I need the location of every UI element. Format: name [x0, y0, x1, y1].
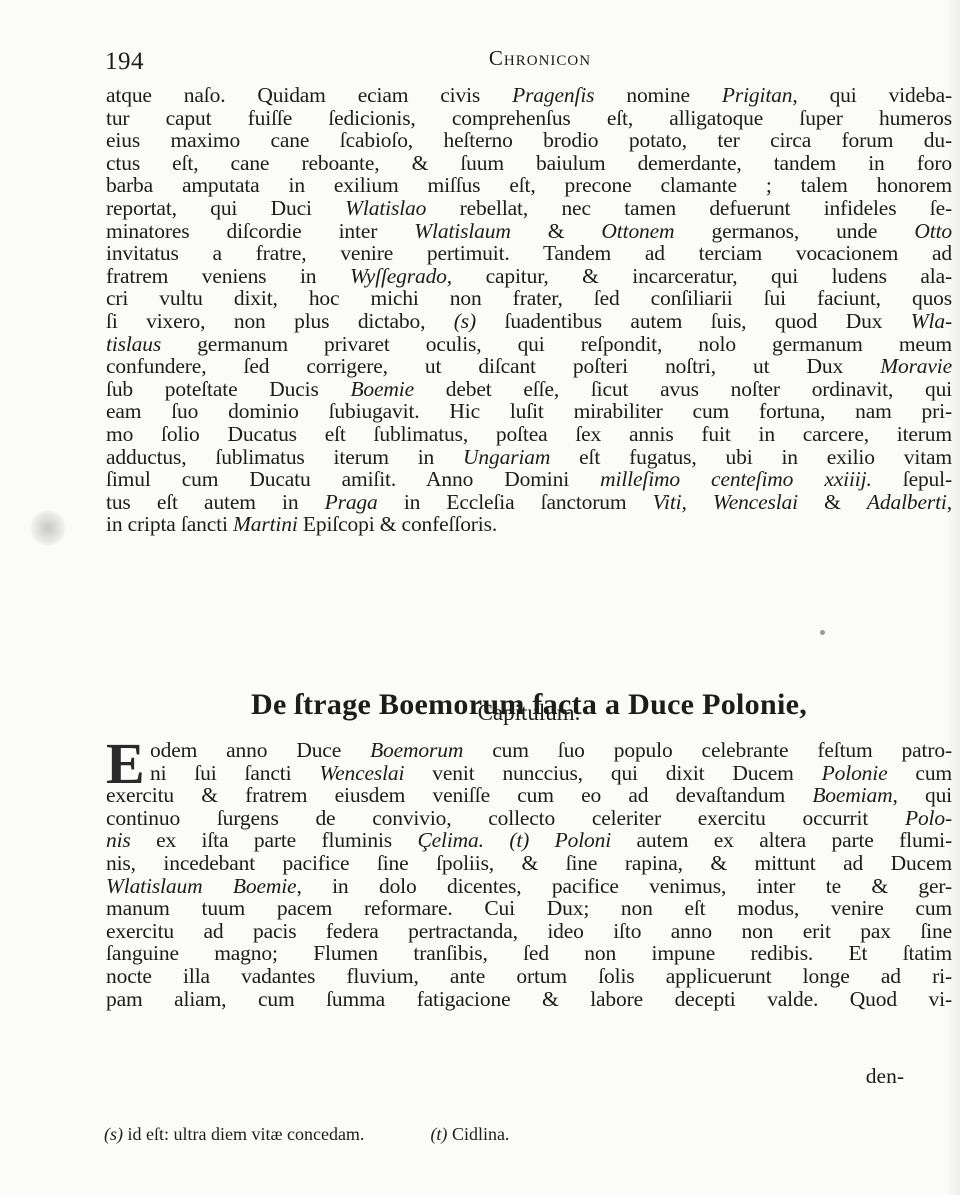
text-run: reportat, qui Duci [106, 196, 345, 220]
text-run: germanum privaret oculis, qui reſpondit,… [161, 332, 952, 356]
italic-text: Viti, Wenceslai [653, 490, 798, 514]
italic-text: Boemiam [812, 783, 892, 807]
text-line: nis ex iſta parte fluminis Çelima. (t) P… [106, 829, 952, 852]
italic-text: Praga [325, 490, 378, 514]
text-run [484, 828, 509, 852]
italic-text: Ottonem [601, 219, 674, 243]
text-run: germanos, unde [674, 219, 914, 243]
italic-text: Poloni [555, 828, 611, 852]
italic-text: Wlatislaum [414, 219, 510, 243]
text-run: debet eſſe, ſicut avus noſter ordinavit,… [414, 377, 952, 401]
text-line: eius maximo cane ſcabioſo, heſterno brod… [106, 129, 952, 152]
footnote-text: id eſt: ultra diem vitæ concedam. [123, 1124, 364, 1144]
italic-text: Adalberti, [867, 490, 952, 514]
italic-text: Wlatislaum Boemie [106, 874, 296, 898]
text-line: adductus, ſublimatus iterum in Ungariam … [106, 446, 952, 469]
body-text: atque naſo. Quidam eciam civis Pragenſis… [106, 84, 952, 536]
text-run: cri vultu dixit, hoc michi non frater, ſ… [106, 286, 952, 310]
text-line: in cripta ſancti Martini Epiſcopi & conf… [106, 513, 952, 536]
text-line: Wlatislaum Boemie, in dolo dicentes, pac… [106, 875, 952, 898]
text-run: mo ſolio Ducatus eſt ſublimatus, poſtea … [106, 422, 952, 446]
italic-text: Pragenſis [512, 83, 594, 107]
text-run: nocte illa vadantes fluvium, ante ortum … [106, 964, 952, 988]
italic-text: Çelima. [417, 828, 483, 852]
text-run: rebellat, nec tamen defuerunt infideles … [426, 196, 952, 220]
drop-cap: E [106, 742, 145, 786]
text-line: reportat, qui Duci Wlatislao rebellat, n… [106, 197, 952, 220]
italic-text: Ungariam [463, 445, 550, 469]
text-run: atque naſo. Quidam eciam civis [106, 83, 512, 107]
italic-text: Prigitan [722, 83, 792, 107]
text-run: fratrem veniens in [106, 264, 350, 288]
text-line: odem anno Duce Boemorum cum ſuo populo c… [106, 739, 952, 762]
text-line: tus eſt autem in Praga in Eccleſia ſanct… [106, 491, 952, 514]
footnotes: (s) id eſt: ultra diem vitæ concedam.(t)… [104, 1124, 575, 1145]
text-line: mo ſolio Ducatus eſt ſublimatus, poſtea … [106, 423, 952, 446]
italic-text: Wyſſegrado [350, 264, 447, 288]
text-line: ſimul cum Ducatu amiſit. Anno Domini mil… [106, 468, 952, 491]
text-run: , qui videba- [792, 83, 952, 107]
text-run: ex iſta parte fluminis [131, 828, 418, 852]
text-line: ctus eſt, cane reboante, & ſuum baiulum … [106, 152, 952, 175]
chapter-text: E odem anno Duce Boemorum cum ſuo populo… [106, 739, 952, 1010]
text-run: in Eccleſia ſanctorum [378, 490, 653, 514]
text-line: cri vultu dixit, hoc michi non frater, ſ… [106, 287, 952, 310]
italic-text: Wenceslai [319, 761, 404, 785]
text-line: invitatus a fratre, venire pertimuit. Ta… [106, 242, 952, 265]
footnote-mark: (s) [104, 1124, 123, 1144]
text-run: manum tuum pacem reformare. Cui Dux; non… [106, 896, 952, 920]
text-line: ni ſui ſancti Wenceslai venit nunccius, … [106, 762, 952, 785]
text-run: eſt fugatus, ubi in exilio vitam [550, 445, 952, 469]
text-line: minatores diſcordie inter Wlatislaum & O… [106, 220, 952, 243]
running-head: 194 Chronicon [105, 44, 955, 74]
text-run: invitatus a fratre, venire pertimuit. Ta… [106, 241, 952, 265]
text-run: ctus eſt, cane reboante, & ſuum baiulum … [106, 151, 952, 175]
italic-text: Polo- [905, 806, 952, 830]
text-line: pam aliam, cum ſumma fatigacione & labor… [106, 988, 952, 1011]
italic-text: Wlatislao [345, 196, 426, 220]
text-line: exercitu ad pacis federa pertractanda, i… [106, 920, 952, 943]
text-run [529, 828, 554, 852]
text-line: ſanguine magno; Flumen tranſibis, ſed no… [106, 942, 952, 965]
text-run: eius maximo cane ſcabioſo, heſterno brod… [106, 128, 952, 152]
text-run: adductus, ſublimatus iterum in [106, 445, 463, 469]
text-line: barba amputata in exilium miſſus eſt, pr… [106, 174, 952, 197]
text-run: barba amputata in exilium miſſus eſt, pr… [106, 173, 952, 197]
text-run: ſanguine magno; Flumen tranſibis, ſed no… [106, 941, 952, 965]
text-line: atque naſo. Quidam eciam civis Pragenſis… [106, 84, 952, 107]
footnote-mark: (t) [430, 1124, 447, 1144]
text-line: nis, incedebant pacifice ſine ſpoliis, &… [106, 852, 952, 875]
italic-text: (t) [509, 828, 529, 852]
text-run: pam aliam, cum ſumma fatigacione & labor… [106, 987, 952, 1011]
text-run: odem anno Duce [150, 738, 370, 762]
chapter-subheading: Capitulum. [106, 700, 952, 726]
running-title: Chronicon [105, 46, 955, 71]
italic-text: nis [106, 828, 131, 852]
text-run: continuo ſurgens de convivio, collecto c… [106, 806, 905, 830]
text-line: eam ſuo dominio ſubiugavit. Hic luſit mi… [106, 400, 952, 423]
text-run: cum ſuo populo celebrante feſtum patro- [463, 738, 952, 762]
text-run: nis, incedebant pacifice ſine ſpoliis, &… [106, 851, 952, 875]
italic-text: Polonie [822, 761, 888, 785]
text-run: tur caput fuiſſe ſedicionis, comprehenſu… [106, 106, 952, 130]
text-run: ſepul- [872, 467, 952, 491]
text-line: tislaus germanum privaret oculis, qui re… [106, 333, 952, 356]
text-run: exercitu ad pacis federa pertractanda, i… [106, 919, 952, 943]
text-line: manum tuum pacem reformare. Cui Dux; non… [106, 897, 952, 920]
italic-text: milleſimo centeſimo xxiiij. [600, 467, 872, 491]
text-run: Epiſcopi & confeſſoris. [298, 512, 497, 536]
text-run: confundere, ſed corrigere, ut diſcant po… [106, 354, 880, 378]
footnote: (s) id eſt: ultra diem vitæ concedam. [104, 1124, 364, 1145]
catchword: den- [866, 1064, 904, 1089]
text-run: venit nunccius, qui dixit Ducem [404, 761, 821, 785]
text-run: ſimul cum Ducatu amiſit. Anno Domini [106, 467, 600, 491]
text-run: autem ex altera parte flumi- [611, 828, 952, 852]
ink-speck [820, 630, 825, 635]
text-run: eam ſuo dominio ſubiugavit. Hic luſit mi… [106, 399, 952, 423]
text-line: tur caput fuiſſe ſedicionis, comprehenſu… [106, 107, 952, 130]
text-line: ſub poteſtate Ducis Boemie debet eſſe, ſ… [106, 378, 952, 401]
italic-text: Moravie [880, 354, 952, 378]
italic-text: (s) [454, 309, 476, 333]
italic-text: Martini [233, 512, 298, 536]
text-run: in cripta ſancti [106, 512, 233, 536]
text-line: ſi vixero, non plus dictabo, (s) ſuadent… [106, 310, 952, 333]
text-run: & [798, 490, 867, 514]
italic-text: Wla- [911, 309, 952, 333]
text-run: ſi vixero, non plus dictabo, [106, 309, 454, 333]
italic-text: Otto [914, 219, 952, 243]
footnote: (t) Cidlina. [430, 1124, 509, 1145]
text-run: nomine [594, 83, 722, 107]
text-run: exercitu & fratrem eiusdem veniſſe cum e… [106, 783, 812, 807]
text-run: tus eſt autem in [106, 490, 325, 514]
text-run: , capitur, & incarceratur, qui ludens al… [447, 264, 952, 288]
footnote-text: Cidlina. [447, 1124, 509, 1144]
italic-text: Boemie [350, 377, 414, 401]
text-line: nocte illa vadantes fluvium, ante ortum … [106, 965, 952, 988]
text-run: , qui [892, 783, 952, 807]
text-run: cum [888, 761, 953, 785]
text-run: & [511, 219, 602, 243]
text-run: ni ſui ſancti [150, 761, 319, 785]
italic-text: tislaus [106, 332, 161, 356]
text-run: minatores diſcordie inter [106, 219, 414, 243]
text-run: ſub poteſtate Ducis [106, 377, 350, 401]
text-run: , in dolo dicentes, pacifice venimus, in… [296, 874, 952, 898]
italic-text: Boemorum [370, 738, 463, 762]
text-line: confundere, ſed corrigere, ut diſcant po… [106, 355, 952, 378]
ink-smudge [30, 510, 66, 546]
text-line: continuo ſurgens de convivio, collecto c… [106, 807, 952, 830]
text-run: ſuadentibus autem ſuis, quod Dux [476, 309, 911, 333]
text-line: exercitu & fratrem eiusdem veniſſe cum e… [106, 784, 952, 807]
text-line: fratrem veniens in Wyſſegrado, capitur, … [106, 265, 952, 288]
chapter-lines: odem anno Duce Boemorum cum ſuo populo c… [106, 739, 952, 1010]
